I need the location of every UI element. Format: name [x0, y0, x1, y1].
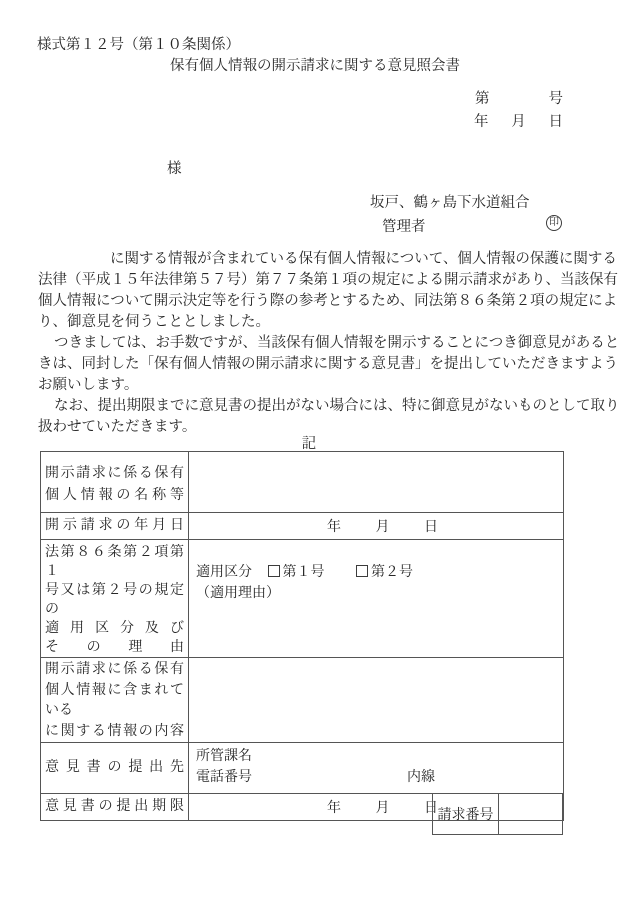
option-1-group: 第１号	[268, 565, 325, 580]
table-row: 法第８６条第２項第１ 号又は第２号の規定の 適用区分及び その理由 適用区分 第…	[41, 540, 564, 658]
body-line: 個人情報について開示決定等を行う際の参考とするため、同法第８６条第２項の規定によ	[38, 291, 622, 312]
apply-classification-line: 適用区分 第１号 第２号	[196, 562, 563, 583]
cell-apply-classification: 適用区分 第１号 第２号 （適用理由）	[189, 540, 564, 658]
cell-submission-destination: 所管課名 電話番号 内線	[189, 743, 564, 794]
option-1-label: 第１号	[283, 565, 325, 580]
row-header-legal-classification: 法第８６条第２項第１ 号又は第２号の規定の 適用区分及び その理由	[41, 540, 189, 658]
deadline-month-label: 月	[376, 801, 390, 816]
department-label: 所管課名	[196, 746, 563, 767]
date-day-label: 日	[549, 110, 564, 131]
table-row: 開示請求に係る保有 個人情報の名称等	[41, 452, 564, 513]
seal-icon: 印	[546, 215, 562, 231]
date-month-label: 月	[511, 110, 526, 131]
row-header-submission-deadline: 意見書の提出期限	[41, 794, 189, 821]
form-table: 開示請求に係る保有 個人情報の名称等 開示請求の年月日 年 月 日 法第８６条第…	[40, 451, 564, 821]
checkbox-option-2-icon[interactable]	[356, 565, 368, 577]
table-row: 開示請求に係る保有 個人情報に含まれて いる に関する情報の内容	[41, 658, 564, 743]
date-line: 年 月 日	[474, 110, 563, 131]
cell-information-name-value	[189, 452, 564, 513]
table-row: 意見書の提出先 所管課名 電話番号 内線	[41, 743, 564, 794]
request-number-value	[499, 794, 562, 834]
date-year-label: 年	[474, 110, 489, 131]
document-page: 様式第１２号（第１０条関係） 保有個人情報の開示請求に関する意見照会書 第 号 …	[0, 0, 630, 903]
checkbox-option-1-icon[interactable]	[268, 565, 280, 577]
cell-request-date-value: 年 月 日	[189, 513, 564, 540]
apply-classification-label: 適用区分	[196, 565, 252, 580]
option-2-label: 第２号	[371, 565, 413, 580]
addressee-honorific: 様	[167, 157, 182, 178]
body-line: つきましては、お手数ですが、当該保有個人情報を開示することにつき御意見があると	[38, 333, 622, 354]
doc-number-suffix: 号	[549, 87, 564, 108]
sender-organization: 坂戸、鶴ヶ島下水道組合	[370, 191, 530, 212]
body-text: に関する情報が含まれている保有個人情報について、個人情報の保護に関する 法律（平…	[38, 249, 622, 438]
deadline-year-label: 年	[327, 801, 341, 816]
phone-label: 電話番号	[196, 770, 252, 785]
doc-number-prefix: 第	[475, 87, 490, 108]
request-number-label: 請求番号	[433, 794, 499, 834]
record-mark: 記	[38, 432, 580, 453]
body-line: お願いします。	[38, 375, 622, 396]
request-date-day-label: 日	[424, 520, 438, 535]
sender-title: 管理者	[382, 215, 426, 236]
request-number-box: 請求番号	[432, 793, 563, 835]
cell-contained-information-value	[189, 658, 564, 743]
row-header-information-name: 開示請求に係る保有 個人情報の名称等	[41, 452, 189, 513]
row-header-contained-information: 開示請求に係る保有 個人情報に含まれて いる に関する情報の内容	[41, 658, 189, 743]
body-line: に関する情報が含まれている保有個人情報について、個人情報の保護に関する	[38, 249, 622, 270]
phone-line: 電話番号 内線	[196, 767, 563, 788]
document-title: 保有個人情報の開示請求に関する意見照会書	[0, 54, 630, 75]
request-date-year-label: 年	[327, 520, 341, 535]
row-header-request-date: 開示請求の年月日	[41, 513, 189, 540]
table-row: 開示請求の年月日 年 月 日	[41, 513, 564, 540]
extension-label: 内線	[407, 767, 435, 788]
row-header-submission-destination: 意見書の提出先	[41, 743, 189, 794]
body-line: なお、提出期限までに意見書の提出がない場合には、特に御意見がないものとして取り	[38, 396, 622, 417]
request-date-month-label: 月	[376, 520, 390, 535]
apply-reason-label: （適用理由）	[196, 583, 563, 604]
document-number-line: 第 号	[475, 87, 563, 108]
body-line: 法律（平成１５年法律第５７号）第７７条第１項の規定による開示請求があり、当該保有	[38, 270, 622, 291]
body-line: きは、同封した「保有個人情報の開示請求に関する意見書」を提出していただきますよう	[38, 354, 622, 375]
form-number: 様式第１２号（第１０条関係）	[37, 33, 240, 54]
seal-character: 印	[549, 217, 559, 228]
body-line: り、御意見を伺うこととしました。	[38, 312, 622, 333]
option-2-group: 第２号	[356, 565, 413, 580]
